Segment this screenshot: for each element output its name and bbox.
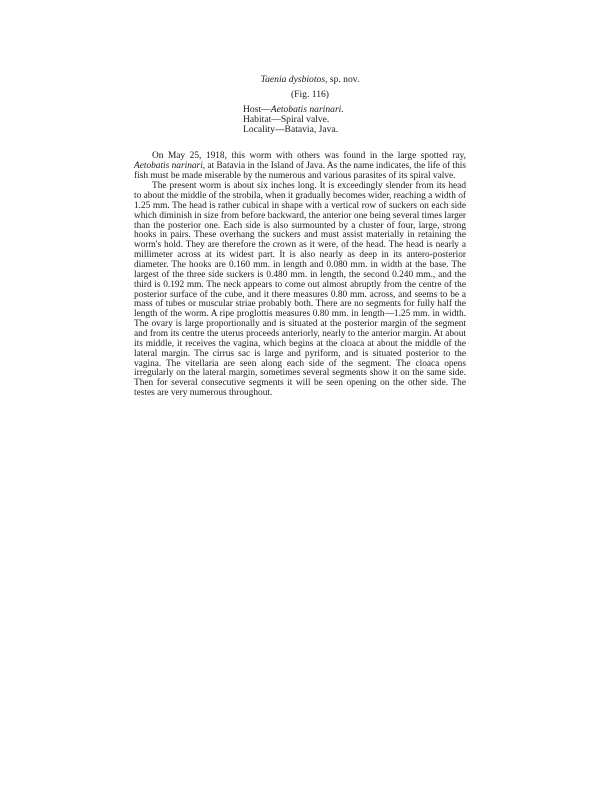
figure-reference: (Fig. 116) bbox=[8, 89, 612, 101]
species-suffix: , sp. nov. bbox=[325, 74, 359, 85]
description-body: On May 25, 1918, this worm with others w… bbox=[134, 152, 466, 399]
species-header: Taenia dysbiotos, sp. nov. (Fig. 116) Ho… bbox=[0, 74, 612, 135]
locality-line: Locality---Batavia, Java. bbox=[243, 125, 612, 135]
paragraph-discovery: On May 25, 1918, this worm with others w… bbox=[134, 152, 466, 182]
specimen-metadata: Host—Aetobatis narinari. Habitat—Spiral … bbox=[243, 105, 612, 135]
document-page: Taenia dysbiotos, sp. nov. (Fig. 116) Ho… bbox=[0, 0, 612, 792]
host-species-italic: Aetobatis narinari bbox=[134, 161, 203, 171]
species-name: Taenia dysbiotos bbox=[261, 74, 325, 85]
paragraph-morphology: The present worm is about six inches lon… bbox=[134, 182, 466, 399]
paragraph-text: On May 25, 1918, this worm with others w… bbox=[152, 151, 466, 161]
species-title: Taenia dysbiotos, sp. nov. bbox=[8, 74, 612, 86]
